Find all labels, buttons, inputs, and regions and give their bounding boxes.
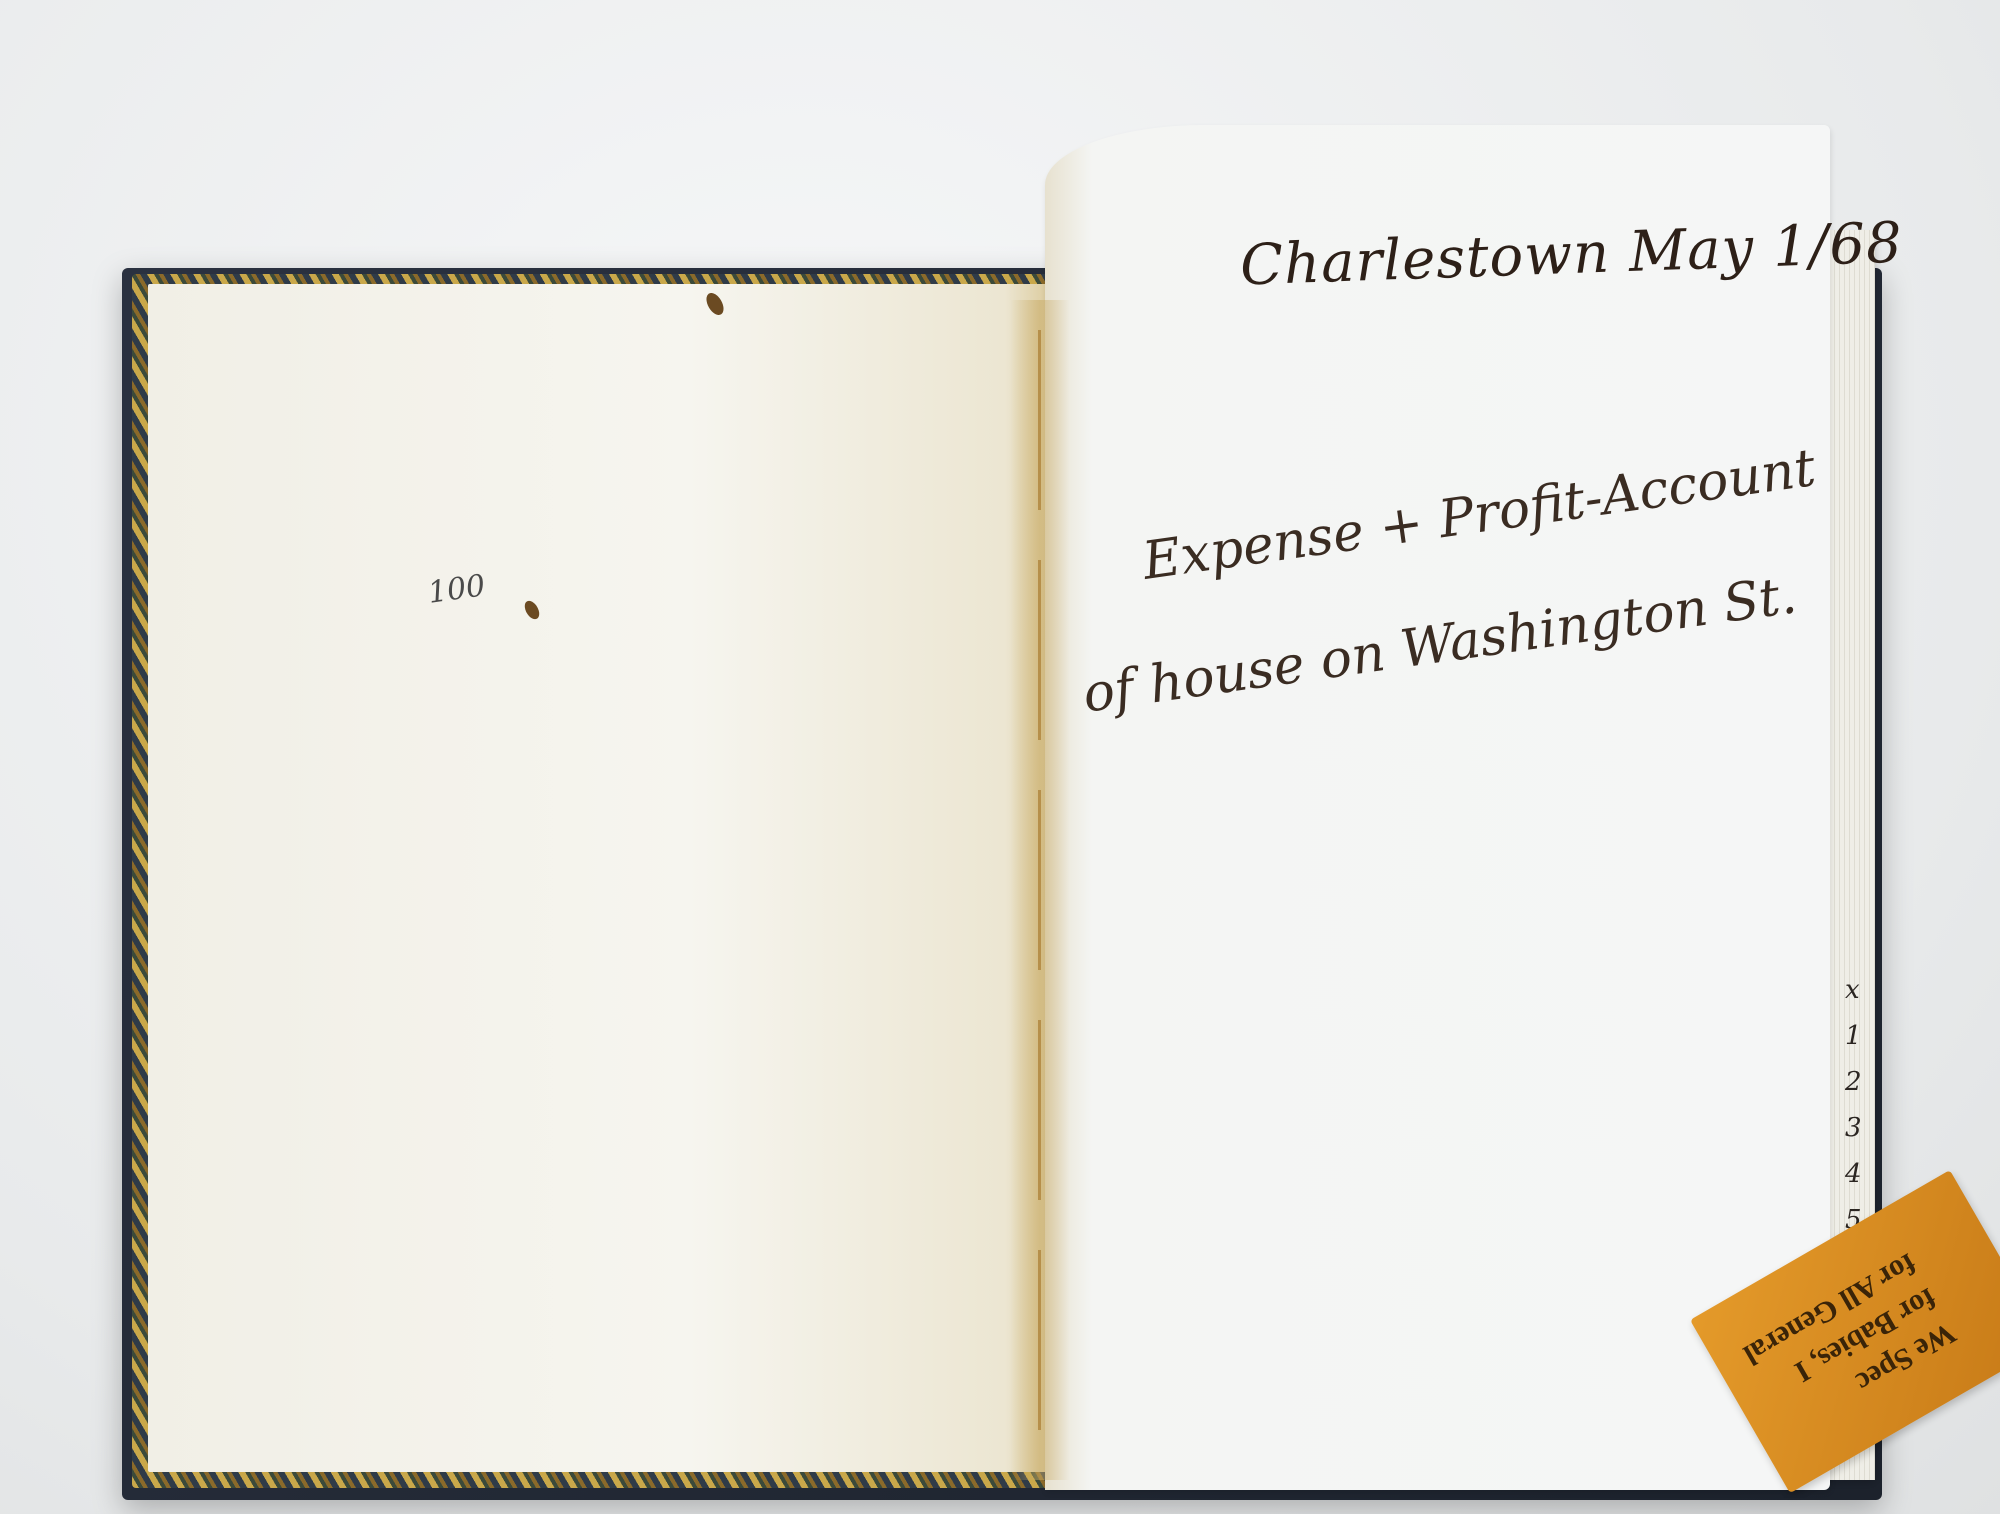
foxing-spot bbox=[522, 598, 542, 621]
tally-mark: x bbox=[1845, 975, 1862, 1005]
book-gutter bbox=[1010, 300, 1070, 1480]
foxing-spot bbox=[703, 290, 727, 318]
tally-mark: 1 bbox=[1845, 1021, 1862, 1051]
margin-tally: x 1 2 3 4 5 bbox=[1845, 975, 1862, 1235]
tally-mark: 3 bbox=[1845, 1113, 1862, 1143]
left-pastedown-page: 100 bbox=[148, 284, 1050, 1472]
pencil-note: 100 bbox=[426, 568, 488, 611]
tally-mark: 4 bbox=[1845, 1159, 1862, 1189]
binding-thread bbox=[1038, 330, 1041, 1460]
right-title-page bbox=[1045, 125, 1830, 1490]
tally-mark: 2 bbox=[1845, 1067, 1862, 1097]
